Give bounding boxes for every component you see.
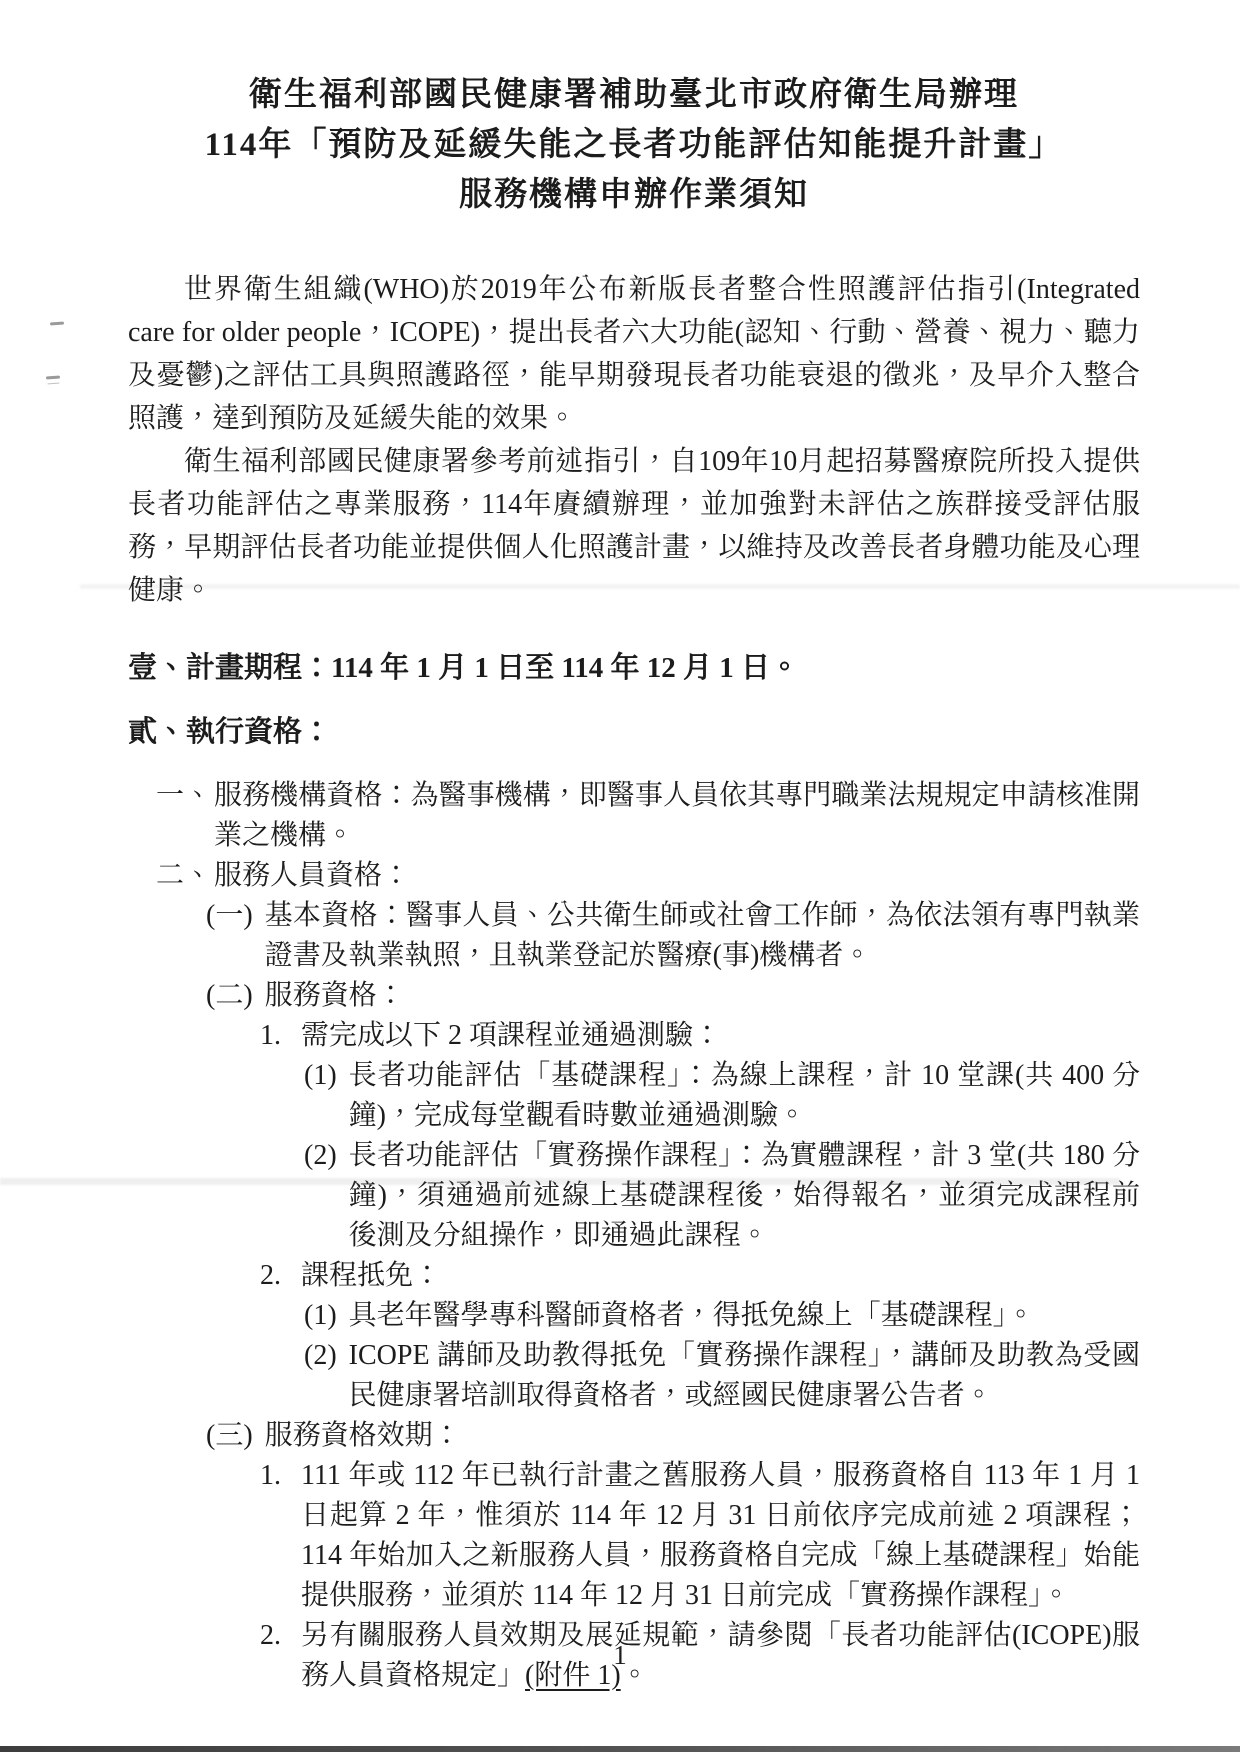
list-marker: (2)	[304, 1336, 337, 1376]
list-item-text: 需完成以下 2 項課程並通過測驗：	[301, 1016, 1140, 1056]
list-marker: 1.	[260, 1456, 281, 1496]
list-item-course-exemption: 2. 課程抵免：	[128, 1256, 1140, 1296]
list-item-text: 具老年醫學專科醫師資格者，得抵免線上「基礎課程」。	[349, 1296, 1140, 1336]
list-marker: 2.	[260, 1256, 281, 1296]
list-item-text: 服務人員資格：	[214, 856, 1140, 896]
list-item-practical-course: (2) 長者功能評估「實務操作課程」：為實體課程，計 3 堂(共 180 分鐘)…	[128, 1136, 1140, 1256]
list-item-basic-qualification: (一) 基本資格：醫事人員、公共衛生師或社會工作師，為依法領有專門執業證書及執業…	[128, 896, 1140, 976]
list-item-text: ICOPE 講師及助教得抵免「實務操作課程」，講師及助教為受國民健康署培訓取得資…	[349, 1336, 1140, 1416]
section-1-heading: 壹、計畫期程：114 年 1 月 1 日至 114 年 12 月 1 日。	[128, 646, 1140, 690]
list-marker: 1.	[260, 1016, 281, 1056]
list-item-text: 基本資格：醫事人員、公共衛生師或社會工作師，為依法領有專門執業證書及執業執照，且…	[265, 896, 1140, 976]
title-line-3: 服務機構申辦作業須知	[128, 170, 1140, 220]
document-title: 衛生福利部國民健康署補助臺北市政府衛生局辦理 114年「預防及延緩失能之長者功能…	[128, 70, 1140, 220]
title-line-1: 衛生福利部國民健康署補助臺北市政府衛生局辦理	[128, 70, 1140, 120]
list-item-service-staff: 二、 服務人員資格：	[128, 856, 1140, 896]
list-item-service-qualification: (二) 服務資格：	[128, 976, 1140, 1016]
list-item-text: 服務資格：	[265, 976, 1140, 1016]
list-marker: (三)	[206, 1416, 253, 1456]
list-item-service-org: 一、 服務機構資格：為醫事機構，即醫事人員依其專門職業法規規定申請核准開業之機構…	[128, 776, 1140, 856]
list-marker: (2)	[304, 1136, 337, 1176]
list-item-text: 長者功能評估「實務操作課程」：為實體課程，計 3 堂(共 180 分鐘)，須通過…	[349, 1136, 1140, 1256]
scan-smudge-artifact	[80, 584, 1240, 589]
list-marker: 一、	[156, 776, 212, 816]
list-item-text: 長者功能評估「基礎課程」：為線上課程，計 10 堂課(共 400 分鐘)，完成每…	[349, 1056, 1140, 1136]
list-item-exemption-geriatrician: (1) 具老年醫學專科醫師資格者，得抵免線上「基礎課程」。	[128, 1296, 1140, 1336]
section-2-heading: 貳、執行資格：	[128, 710, 1140, 754]
list-item-text: 服務資格效期：	[265, 1416, 1140, 1456]
intro-paragraph-1: 世界衛生組織(WHO)於2019年公布新版長者整合性照護評估指引(Integra…	[128, 268, 1140, 440]
list-item-basic-course: (1) 長者功能評估「基礎課程」：為線上課程，計 10 堂課(共 400 分鐘)…	[128, 1056, 1140, 1136]
list-item-validity-rules: 1. 111 年或 112 年已執行計畫之舊服務人員，服務資格自 113 年 1…	[128, 1456, 1140, 1616]
list-marker: (二)	[206, 976, 253, 1016]
page-number: 1	[0, 1640, 1240, 1671]
list-item-qualification-validity: (三) 服務資格效期：	[128, 1416, 1140, 1456]
list-marker: (1)	[304, 1056, 337, 1096]
scan-smudge-artifact	[0, 1178, 1120, 1185]
document-content: 衛生福利部國民健康署補助臺北市政府衛生局辦理 114年「預防及延緩失能之長者功能…	[128, 0, 1140, 1696]
list-item-courses-required: 1. 需完成以下 2 項課程並通過測驗：	[128, 1016, 1140, 1056]
scan-edge-artifact	[0, 1746, 1240, 1752]
list-item-exemption-icope-lecturer: (2) ICOPE 講師及助教得抵免「實務操作課程」，講師及助教為受國民健康署培…	[128, 1336, 1140, 1416]
scan-margin-mark	[50, 322, 64, 326]
list-marker: 二、	[156, 856, 212, 896]
list-item-text: 111 年或 112 年已執行計畫之舊服務人員，服務資格自 113 年 1 月 …	[301, 1456, 1140, 1616]
list-item-text: 課程抵免：	[301, 1256, 1140, 1296]
title-line-2: 114年「預防及延緩失能之長者功能評估知能提升計畫」	[128, 120, 1140, 170]
section-2-list: 一、 服務機構資格：為醫事機構，即醫事人員依其專門職業法規規定申請核准開業之機構…	[128, 776, 1140, 1696]
list-item-text: 服務機構資格：為醫事機構，即醫事人員依其專門職業法規規定申請核准開業之機構。	[214, 776, 1140, 856]
list-marker: (一)	[206, 896, 253, 936]
list-marker: (1)	[304, 1296, 337, 1336]
scan-margin-mark	[46, 376, 60, 380]
scanned-document-page: 衛生福利部國民健康署補助臺北市政府衛生局辦理 114年「預防及延緩失能之長者功能…	[0, 0, 1240, 1755]
